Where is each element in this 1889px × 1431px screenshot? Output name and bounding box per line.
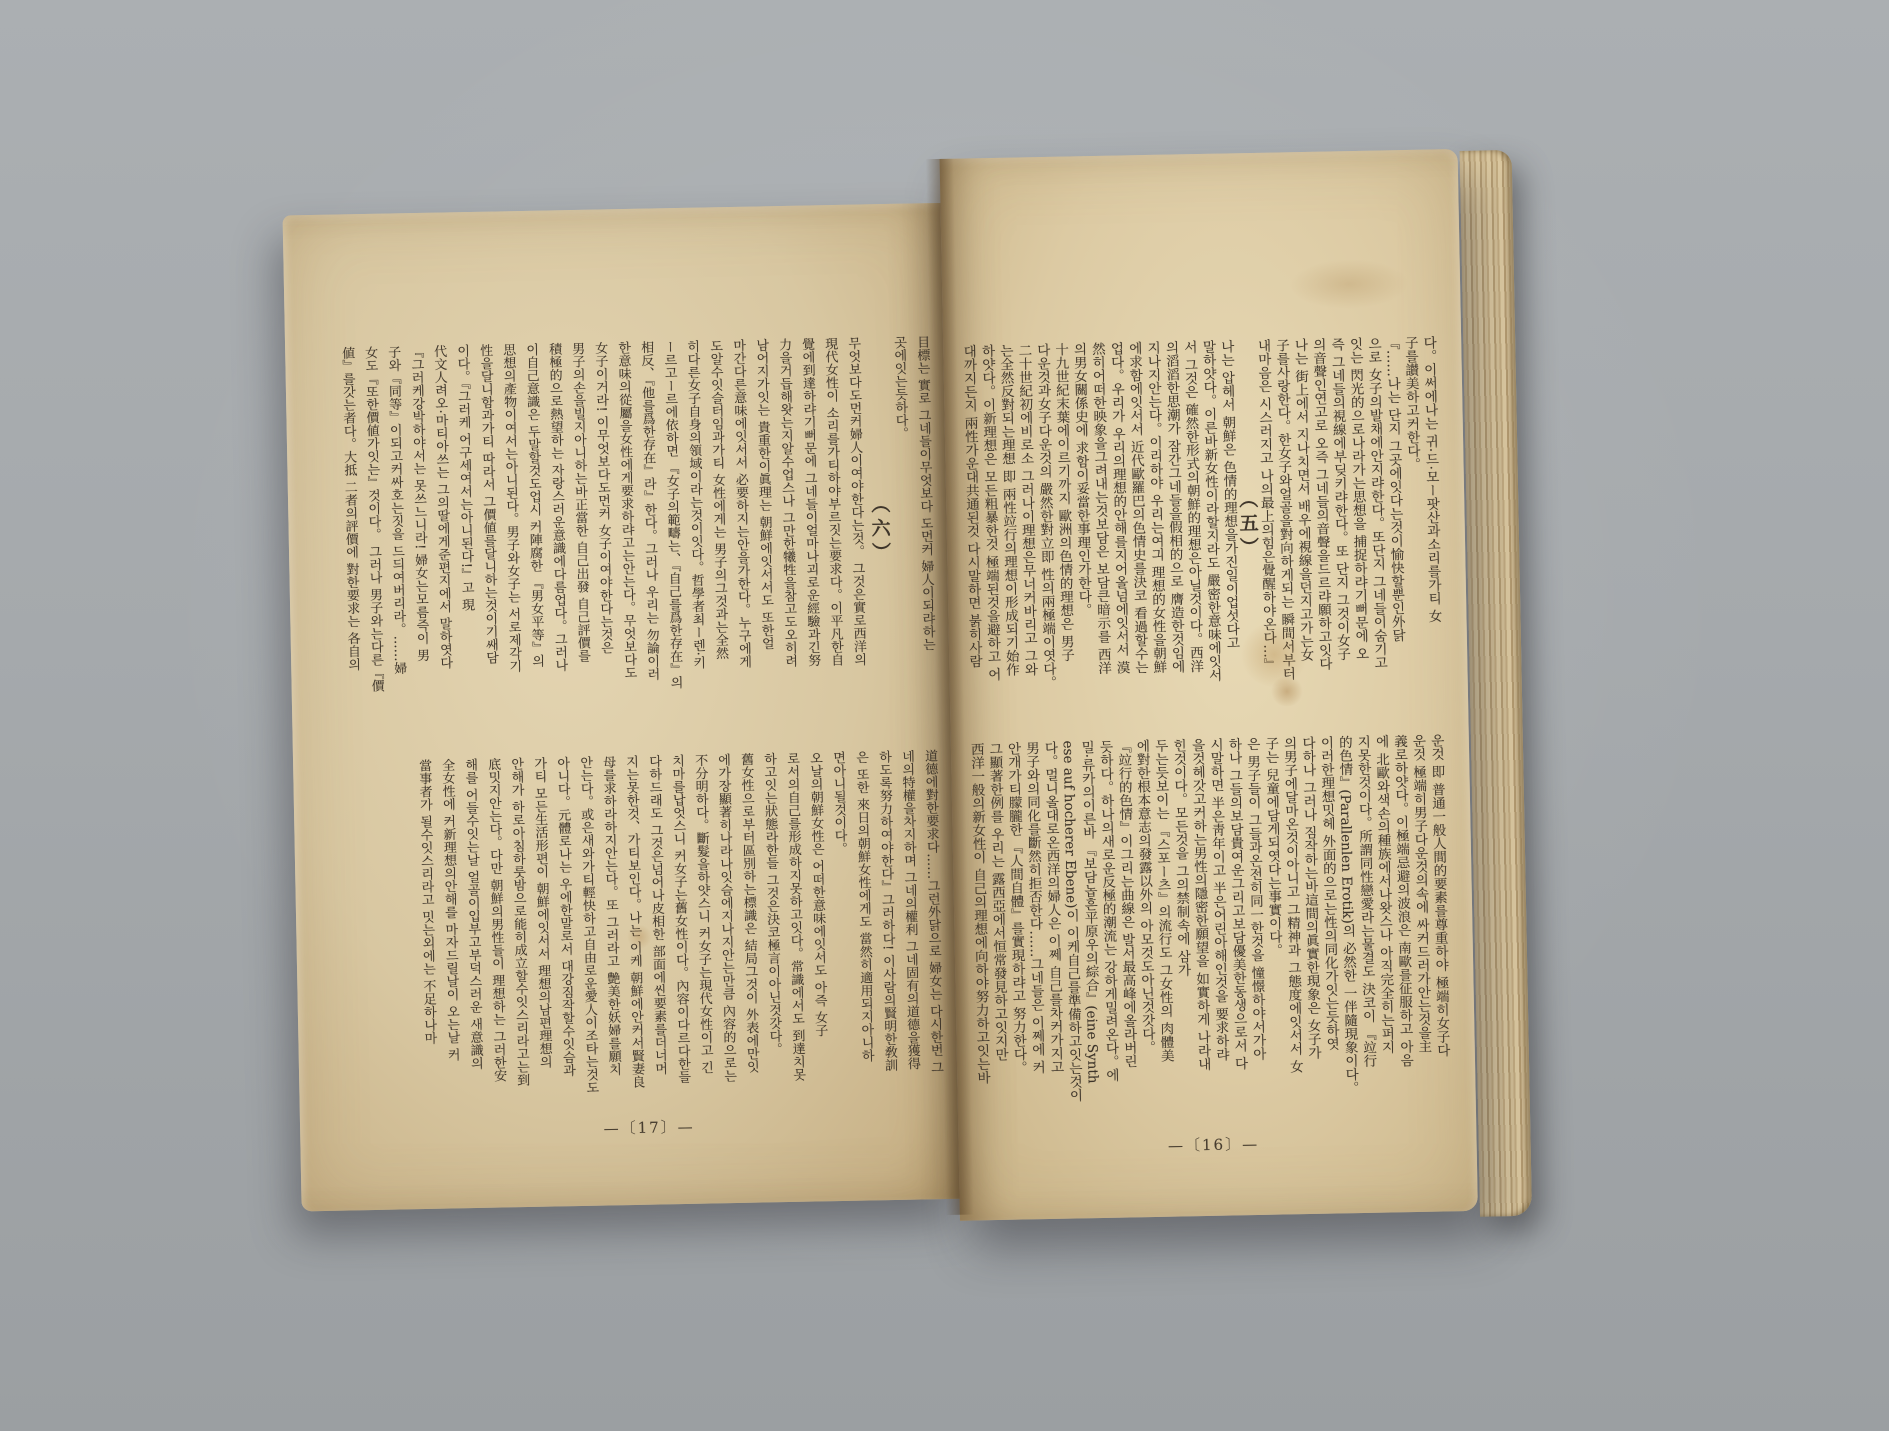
left-page: 目標는 實로 그네들이무엇보다 도먼커 婦人이되랴하는곳에잇는듯하다。（六）무엇… xyxy=(283,203,960,1211)
right-page: 다。이써에나는 귀·드·모ー팟산과소리를가티 女子를讃美하고커한다。『……나는 … xyxy=(940,149,1478,1221)
right-page-number: —〔16〕— xyxy=(974,1129,1452,1159)
right-page-upper-text: 다。이써에나는 귀·드·모ー팟산과소리를가티 女子를讃美하고커한다。『……나는 … xyxy=(959,335,1444,716)
left-page-lower-text: 道德에對한要求다……그런外닭으로 婦女는 다시한번 그네의特權을차지하며 그네의… xyxy=(343,749,947,1104)
left-page-upper-text: 目標는 實로 그네들이무엇보다 도먼커 婦人이되랴하는곳에잇는듯하다。（六）무엇… xyxy=(335,335,940,734)
photo-backdrop: 目標는 實로 그네들이무엇보다 도먼커 婦人이되랴하는곳에잇는듯하다。（六）무엇… xyxy=(0,0,1889,1431)
left-page-content: 目標는 實로 그네들이무엇보다 도먼커 婦人이되랴하는곳에잇는듯하다。（六）무엇… xyxy=(283,203,960,1211)
right-page-lower-text: 운것 即 普通一般人間的要素를尊重하야 極端히女子다운것 極端히男子다운것의속에… xyxy=(967,733,1452,1120)
right-page-content: 다。이써에나는 귀·드·모ー팟산과소리를가티 女子를讃美하고커한다。『……나는 … xyxy=(940,149,1478,1221)
book-spread: 目標는 實로 그네들이무엇보다 도먼커 婦人이되랴하는곳에잇는듯하다。（六）무엇… xyxy=(282,149,1499,1254)
left-page-number: —〔17〕— xyxy=(350,1111,948,1143)
